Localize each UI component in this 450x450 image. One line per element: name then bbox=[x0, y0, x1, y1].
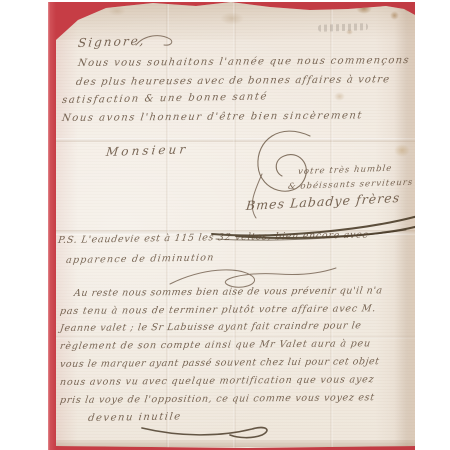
paper-stain bbox=[334, 92, 345, 101]
letter-line: votre très humble bbox=[297, 164, 392, 177]
letter-line: nous avons vu avec quelque mortification… bbox=[59, 374, 375, 388]
final-underline-flourish bbox=[140, 422, 282, 440]
letter-line: satisfaction & une bonne santé bbox=[61, 91, 268, 106]
letter-line: devenu inutile bbox=[87, 411, 182, 424]
page-background: Signore,Nous vous souhaitons l'année que… bbox=[0, 0, 450, 450]
paper-crease bbox=[48, 138, 415, 142]
letter-line: Au reste nous sommes bien aise de vous p… bbox=[73, 285, 383, 299]
paper-crease bbox=[48, 440, 415, 447]
letter-line: Jeanne valet ; le Sr Labuisse ayant fait… bbox=[59, 320, 362, 334]
letter-line: pris la voye de l'opposition, ce qui com… bbox=[59, 392, 375, 406]
letter-line: Signore, bbox=[77, 34, 146, 50]
letter-line: Nous avons l'honneur d'être bien sincère… bbox=[61, 110, 363, 124]
letter-line: Nous vous souhaitons l'année que nous co… bbox=[77, 55, 410, 69]
paper-stain bbox=[394, 144, 410, 157]
paper-stain bbox=[220, 12, 244, 25]
letter-line: des plus heureuses avec de bonnes affair… bbox=[75, 74, 391, 88]
letter-photo: Signore,Nous vous souhaitons l'année que… bbox=[48, 2, 415, 450]
paper-stain bbox=[390, 11, 399, 20]
letter-paper: Signore,Nous vous souhaitons l'année que… bbox=[48, 2, 415, 450]
letter-line: règlement de son compte ainsi que Mr Val… bbox=[59, 338, 371, 352]
letter-line: Monsieur bbox=[105, 142, 189, 159]
